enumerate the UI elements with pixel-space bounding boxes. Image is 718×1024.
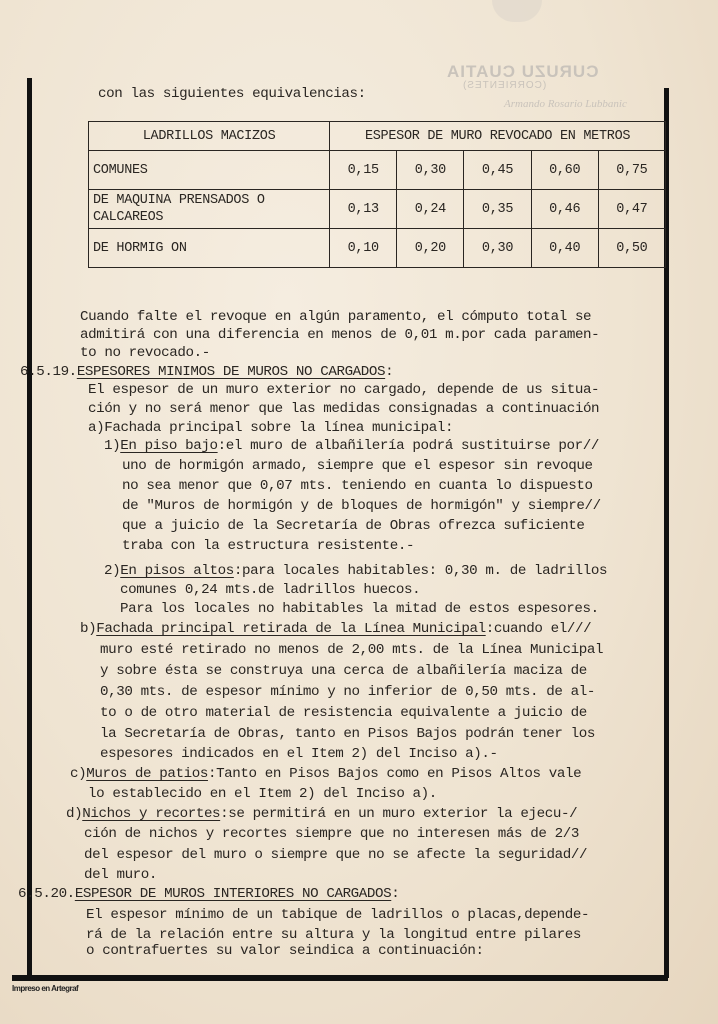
body-line: admitirá con una diferencia en menos de …: [80, 327, 599, 343]
item-title: Muros de patios: [86, 766, 208, 782]
section-heading-6-5-20: 6.5.20.ESPESOR DE MUROS INTERIORES NO CA…: [18, 886, 399, 902]
body-line: to no revocado.-: [80, 345, 210, 361]
item-a2: 2)En pisos altos:para locales habitables…: [104, 563, 607, 579]
item-title: Nichos y recortes: [82, 806, 220, 822]
body-line: lo establecido en el Item 2) del Inciso …: [88, 786, 437, 802]
cell-value: 0,30: [397, 151, 464, 190]
stamp-signature: Armando Rosario Lubbanic: [504, 98, 627, 110]
section-title: ESPESORES MINIMOS DE MUROS NO CARGADOS: [77, 364, 385, 380]
stamp-province: (CORRIENTES): [462, 80, 546, 91]
body-line: la Secretaría de Obras, tanto en Pisos B…: [100, 726, 595, 742]
body-line: de "Muros de hormigón y de bloques de ho…: [122, 498, 601, 514]
cell-value: 0,13: [330, 190, 397, 229]
item-title: En pisos altos: [120, 563, 234, 579]
item-marker: c): [70, 766, 86, 782]
cell-value: 0,50: [598, 229, 665, 268]
colon: :: [385, 364, 393, 380]
body-line: comunes 0,24 mts.de ladrillos huecos.: [120, 582, 420, 598]
item-text: :Tanto en Pisos Bajos como en Pisos Alto…: [208, 766, 581, 782]
section-number: 6.5.20.: [18, 886, 75, 902]
cell-value: 0,60: [531, 151, 598, 190]
item-title: En piso bajo: [120, 438, 217, 454]
cell-value: 0,30: [464, 229, 531, 268]
body-line: traba con la estructura resistente.-: [122, 538, 414, 554]
item-text: :se permitirá en un muro exterior la eje…: [220, 806, 577, 822]
table-row: COMUNES 0,15 0,30 0,45 0,60 0,75: [89, 151, 666, 190]
cell-value: 0,15: [330, 151, 397, 190]
row-label: COMUNES: [89, 151, 330, 190]
frame-bottom-border: [12, 975, 668, 981]
body-line: del muro.: [84, 867, 157, 883]
cell-value: 0,40: [531, 229, 598, 268]
printer-credit: Impreso en Artegraf: [12, 984, 78, 993]
cell-value: 0,35: [464, 190, 531, 229]
stamp-city: CURUZU CUATIA: [446, 62, 598, 82]
body-line: uno de hormigón armado, siempre que el e…: [122, 458, 593, 474]
cell-value: 0,75: [598, 151, 665, 190]
body-line: ción y no será menor que las medidas con…: [88, 401, 599, 417]
body-line: El espesor de un muro exterior no cargad…: [88, 382, 599, 398]
header-espesor: ESPESOR DE MURO REVOCADO EN METROS: [330, 122, 666, 151]
cell-value: 0,45: [464, 151, 531, 190]
item-marker: d): [66, 806, 82, 822]
item-text: :cuando el///: [486, 621, 591, 637]
row-label: DE HORMIG ON: [89, 229, 330, 268]
item-b: b)Fachada principal retirada de la Línea…: [80, 621, 591, 637]
frame-left-border: [27, 78, 32, 976]
body-line: 0,30 mts. de espesor mínimo y no inferio…: [100, 684, 595, 700]
section-title: ESPESOR DE MUROS INTERIORES NO CARGADOS: [75, 886, 391, 902]
body-line: ción de nichos y recortes siempre que no…: [84, 826, 579, 842]
table-row: DE HORMIG ON 0,10 0,20 0,30 0,40 0,50: [89, 229, 666, 268]
body-line: o contrafuertes su valor seindica a cont…: [86, 943, 484, 959]
body-line: espesores indicados en el Item 2) del In…: [100, 746, 498, 762]
header-ladrillos: LADRILLOS MACIZOS: [89, 122, 330, 151]
cell-value: 0,47: [598, 190, 665, 229]
item-a1: 1)En piso bajo:el muro de albañilería po…: [104, 438, 599, 454]
stamp-emblem: [492, 0, 542, 22]
cell-value: 0,24: [397, 190, 464, 229]
table-row: DE MAQUINA PRENSADOS O CALCAREOS 0,13 0,…: [89, 190, 666, 229]
body-line: del espesor del muro o siempre que no se…: [84, 847, 587, 863]
body-line: no sea menor que 0,07 mts. teniendo en c…: [122, 478, 593, 494]
section-heading-6-5-19: 6.5.19.ESPESORES MINIMOS DE MUROS NO CAR…: [20, 364, 393, 380]
item-marker: 2): [104, 563, 120, 579]
cell-value: 0,20: [397, 229, 464, 268]
item-title: Fachada principal retirada de la Línea M…: [96, 621, 485, 637]
item-c: c)Muros de patios:Tanto en Pisos Bajos c…: [70, 766, 581, 782]
item-d: d)Nichos y recortes:se permitirá en un m…: [66, 806, 577, 822]
body-line: to o de otro material de resistencia equ…: [100, 705, 587, 721]
item-text: :para locales habitables: 0,30 m. de lad…: [234, 563, 607, 579]
equivalence-table: LADRILLOS MACIZOS ESPESOR DE MURO REVOCA…: [88, 121, 666, 268]
table-header-row: LADRILLOS MACIZOS ESPESOR DE MURO REVOCA…: [89, 122, 666, 151]
body-line: rá de la relación entre su altura y la l…: [86, 927, 581, 943]
cell-value: 0,10: [330, 229, 397, 268]
item-a-heading: a)Fachada principal sobre la línea munic…: [88, 420, 453, 436]
body-line: El espesor mínimo de un tabique de ladri…: [86, 907, 589, 923]
body-line: muro esté retirado no menos de 2,00 mts.…: [100, 642, 603, 658]
body-line: que a juicio de la Secretaría de Obras o…: [122, 518, 585, 534]
item-marker: 1): [104, 438, 120, 454]
body-line: Cuando falte el revoque en algún paramen…: [80, 309, 591, 325]
cell-value: 0,46: [531, 190, 598, 229]
body-line: y sobre ésta se construya una cerca de a…: [100, 663, 587, 679]
item-text: :el muro de albañilería podrá sustituirs…: [218, 438, 599, 454]
colon: :: [391, 886, 399, 902]
section-number: 6.5.19.: [20, 364, 77, 380]
row-label: DE MAQUINA PRENSADOS O CALCAREOS: [89, 190, 330, 229]
item-marker: b): [80, 621, 96, 637]
intro-text: con las siguientes equivalencias:: [98, 86, 366, 102]
body-line: Para los locales no habitables la mitad …: [120, 601, 599, 617]
